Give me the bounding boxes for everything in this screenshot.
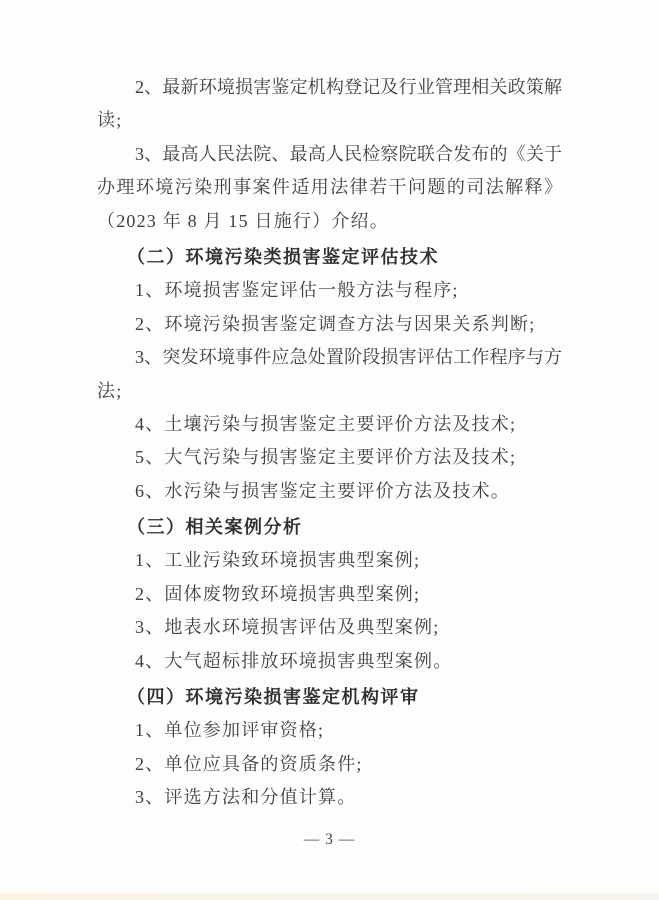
list-item-line: 1、工业污染致环境损害典型案例; [97,544,562,577]
list-item-line: 3、突发环境事件应急处置阶段损害评估工作程序与方 [97,341,562,374]
list-item-line: 6、水污染与损害鉴定主要评价方法及技术。 [97,475,562,508]
list-item-line: 3、地表水环境损害评估及典型案例; [97,611,562,644]
list-item-line: 2、单位应具备的资质条件; [97,748,562,781]
list-item-line: 1、单位参加评审资格; [97,714,562,747]
list-item-line: 1、环境损害鉴定评估一般方法与程序; [97,274,562,307]
paragraph-continuation-line: 办理环境污染刑事案件适用法律若干问题的司法解释》 [97,171,562,204]
document-page: 2、最新环境损害鉴定机构登记及行业管理相关政策解 读; 3、最高人民法院、最高人… [0,0,659,900]
paragraph-line: 3、最高人民法院、最高人民检察院联合发布的《关于 [97,138,562,171]
section-heading-4: （四）环境污染损害鉴定机构评审 [97,681,562,714]
list-item-line: 5、大气污染与损害鉴定主要评价方法及技术; [97,441,562,474]
scan-bottom-edge-artifact [0,893,659,900]
list-item-line: 2、环境污染损害鉴定调查方法与因果关系判断; [97,308,562,341]
list-item-continuation-line: 法; [97,375,562,408]
section-heading-3: （三）相关案例分析 [97,511,562,544]
list-item-line: 4、大气超标排放环境损害典型案例。 [97,645,562,678]
section-heading-2: （二）环境污染类损害鉴定评估技术 [97,241,562,274]
list-item-line: 2、固体废物致环境损害典型案例; [97,578,562,611]
paragraph-continuation-line: 读; [97,104,562,137]
paragraph-continuation-line: （2023 年 8 月 15 日施行）介绍。 [97,205,562,238]
page-number: — 3 — [0,829,659,851]
list-item-line: 4、土壤污染与损害鉴定主要评价方法及技术; [97,408,562,441]
paragraph-line: 2、最新环境损害鉴定机构登记及行业管理相关政策解 [97,71,562,104]
list-item-line: 3、评选方法和分值计算。 [97,781,562,814]
document-body: 2、最新环境损害鉴定机构登记及行业管理相关政策解 读; 3、最高人民法院、最高人… [0,0,659,815]
